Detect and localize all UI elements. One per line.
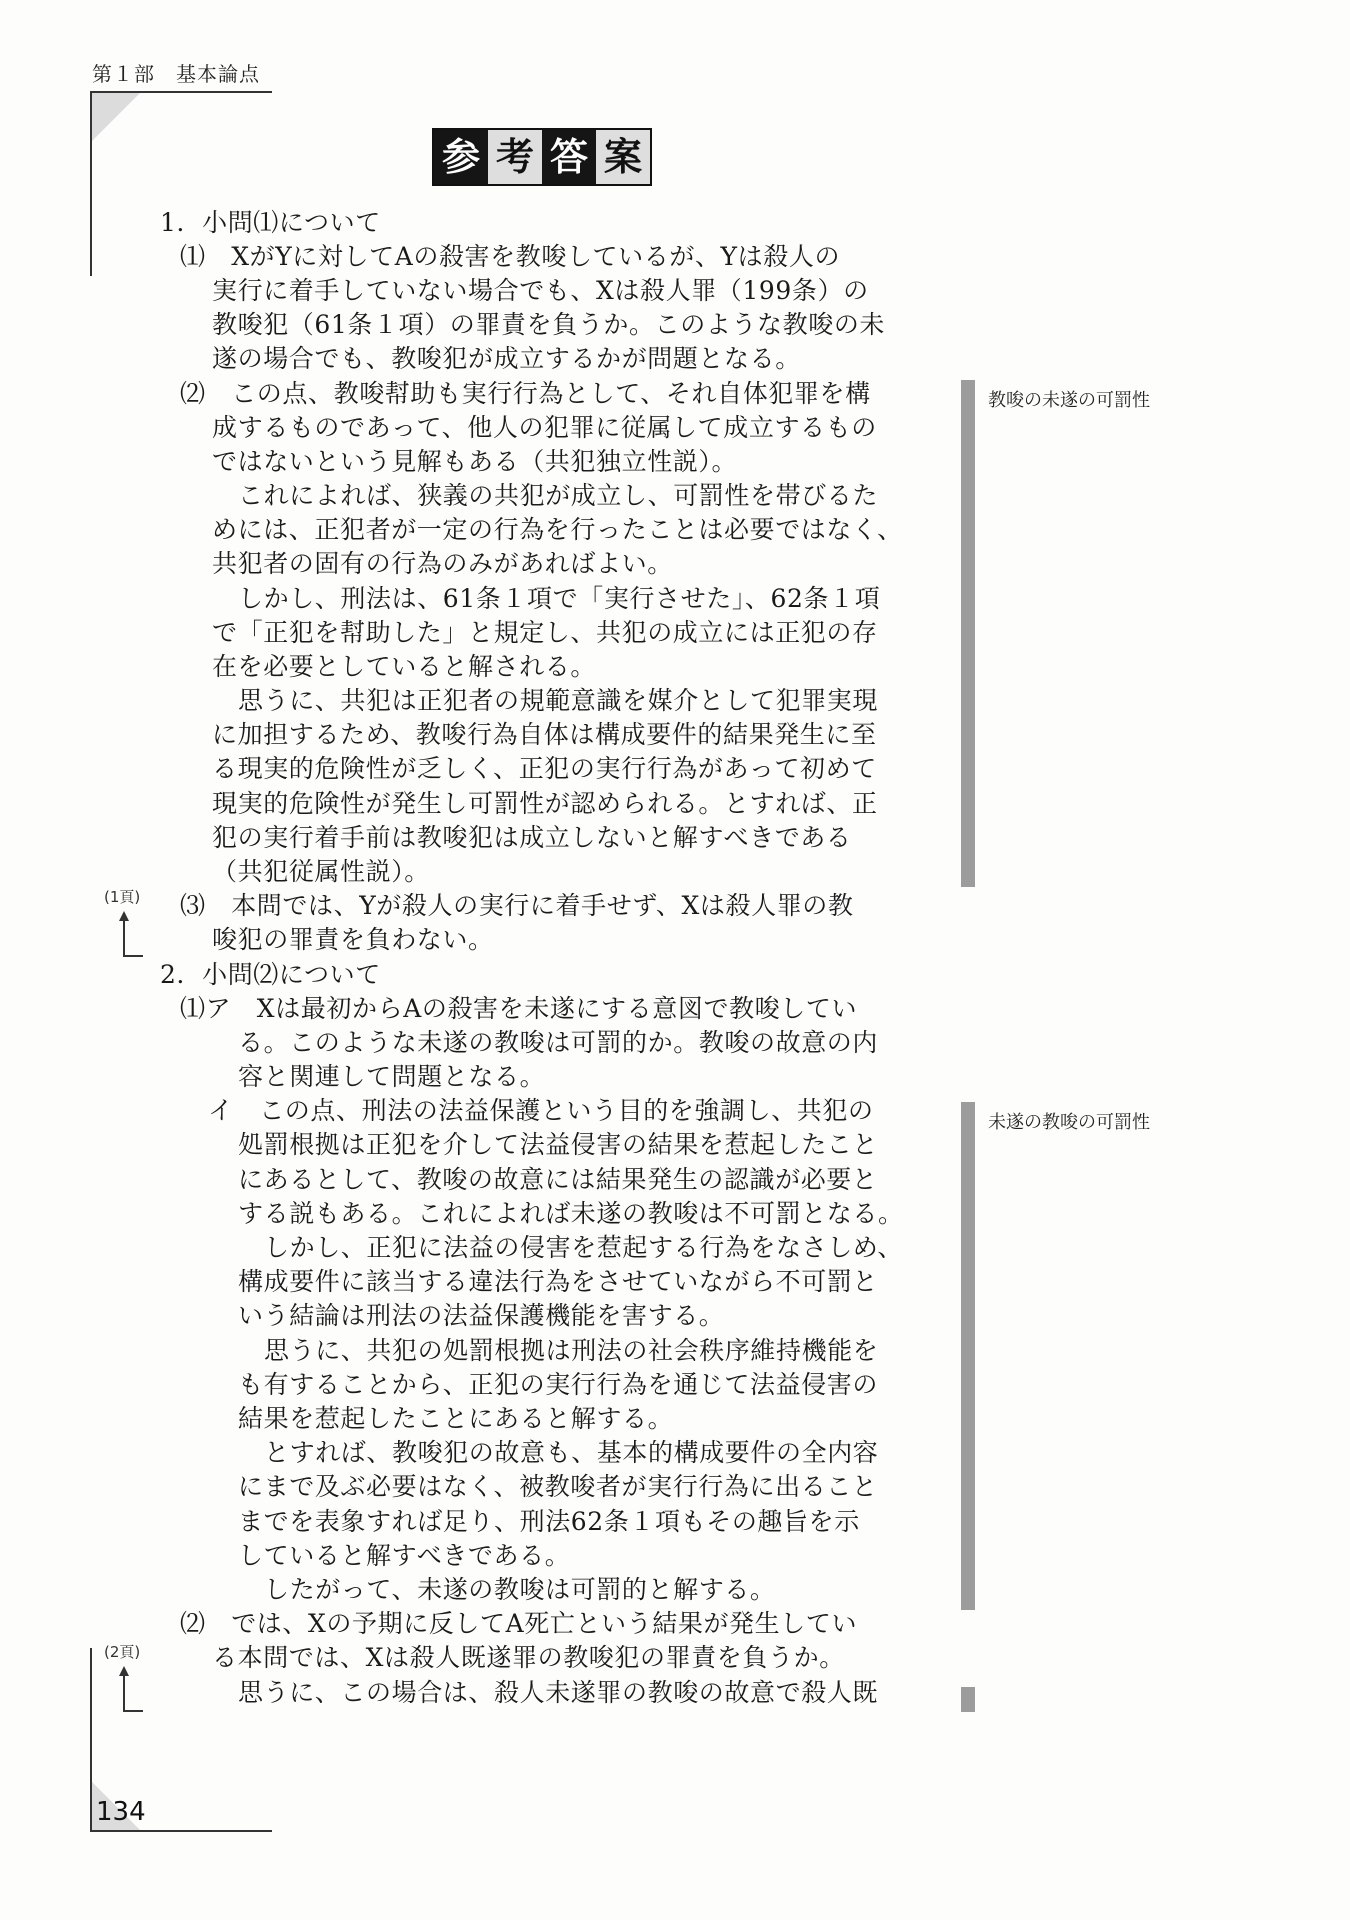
text-line: ⑴ XがYに対してAの殺害を教唆しているが、Yは殺人の xyxy=(180,240,840,274)
text-line: イ この点、刑法の法益保護という目的を強調し、共犯の xyxy=(208,1094,874,1128)
text-line: （共犯従属性説）。 xyxy=(212,855,430,889)
page-ref-foot xyxy=(123,955,143,957)
text-line: これによれば、狭義の共犯が成立し、可罰性を帯びるた xyxy=(238,479,878,513)
text-line: ⑶ 本問では、Yが殺人の実行に着手せず、Xは殺人罪の教 xyxy=(180,889,854,923)
text-line: しかし、正犯に法益の侵害を惹起する行為をなさしめ、 xyxy=(264,1231,903,1265)
text-line: 実行に着手していない場合でも、Xは殺人罪（199条）の xyxy=(212,274,869,308)
heading-1: 1．小問⑴について xyxy=(160,206,381,240)
text-line: する説もある。これによれば未遂の教唆は不可罰となる。 xyxy=(238,1197,904,1231)
margin-bar xyxy=(961,1687,975,1712)
text-line: ⑴ア Xは最初からAの殺害を未遂にする意図で教唆してい xyxy=(180,992,857,1026)
text-line: も有することから、正犯の実行行為を通じて法益侵害の xyxy=(238,1368,878,1402)
title-char: 考 xyxy=(488,130,542,184)
page-ref-arrow xyxy=(123,1674,125,1711)
margin-bar xyxy=(961,380,975,887)
text-line: ⑵ この点、教唆幇助も実行行為として、それ自体犯罪を構 xyxy=(180,377,871,411)
text-line: 共犯者の固有の行為のみがあればよい。 xyxy=(212,547,673,581)
text-line: 容と関連して問題となる。 xyxy=(238,1060,545,1094)
text-line: までを表象すれば足り、刑法62条１項もその趣旨を示 xyxy=(238,1505,860,1539)
text-line: 思うに、この場合は、殺人未遂罪の教唆の故意で殺人既 xyxy=(238,1676,878,1710)
text-line: 唆犯の罪責を負わない。 xyxy=(212,923,494,957)
title-box: 参 考 答 案 xyxy=(432,128,652,186)
page-ref-label: (2頁) xyxy=(104,1641,140,1662)
corner-triangle-top xyxy=(92,93,140,141)
text-line: る。このような未遂の教唆は可罰的か。教唆の故意の内 xyxy=(238,1026,878,1060)
text-line: 犯の実行着手前は教唆犯は成立しないと解すべきである xyxy=(212,821,852,855)
text-line: 成するものであって、他人の犯罪に従属して成立するもの xyxy=(212,411,877,445)
text-line: いう結論は刑法の法益保護機能を害する。 xyxy=(238,1299,724,1333)
text-line: 結果を惹起したことにあると解する。 xyxy=(238,1402,673,1436)
page-ref-label: (1頁) xyxy=(104,886,140,907)
title-char: 答 xyxy=(542,130,596,184)
text-line: ではないという見解もある（共犯独立性説）。 xyxy=(212,445,737,479)
text-line: 遂の場合でも、教唆犯が成立するかが問題となる。 xyxy=(212,342,801,376)
text-line: にまで及ぶ必要はなく、被教唆者が実行行為に出ること xyxy=(238,1470,878,1504)
text-line: めには、正犯者が一定の行為を行ったことは必要ではなく、 xyxy=(212,513,903,547)
text-line: ⑵ では、Xの予期に反してA死亡という結果が発生してい xyxy=(180,1607,857,1641)
title-char: 参 xyxy=(434,130,488,184)
text-line: していると解すべきである。 xyxy=(238,1539,570,1573)
text-line: る現実的危険性が乏しく、正犯の実行行為があって初めて xyxy=(212,752,877,786)
margin-note: 未遂の教唆の可罰性 xyxy=(988,1108,1150,1134)
text-line: 思うに、共犯の処罰根拠は刑法の社会秩序維持機能を xyxy=(264,1334,878,1368)
text-line: しかし、刑法は、61条１項で「実行させた」、62条１項 xyxy=(238,582,880,616)
page-ref-foot xyxy=(123,1710,143,1712)
text-line: で「正犯を幇助した」と規定し、共犯の成立には正犯の存 xyxy=(212,616,878,650)
text-line: にあるとして、教唆の故意には結果発生の認識が必要と xyxy=(238,1163,878,1197)
text-line: 構成要件に該当する違法行為をさせていながら不可罰と xyxy=(238,1265,878,1299)
footer-rule xyxy=(90,1830,272,1832)
page-number: 134 xyxy=(96,1797,146,1827)
running-header: 第１部 基本論点 xyxy=(92,58,260,87)
text-line: 教唆犯（61条１項）の罪責を負うか。このような教唆の未 xyxy=(212,308,885,342)
text-line: とすれば、教唆犯の故意も、基本的構成要件の全内容 xyxy=(264,1436,878,1470)
text-line: に加担するため、教唆行為自体は構成要件的結果発生に至 xyxy=(212,718,877,752)
text-line: 現実的危険性が発生し可罰性が認められる。とすれば、正 xyxy=(212,787,878,821)
text-line: したがって、未遂の教唆は可罰的と解する。 xyxy=(264,1573,776,1607)
text-line: 在を必要としていると解される。 xyxy=(212,650,596,684)
text-line: る本問では、Xは殺人既遂罪の教唆犯の罪責を負うか。 xyxy=(212,1641,845,1675)
margin-bar xyxy=(961,1102,975,1610)
margin-note: 教唆の未遂の可罰性 xyxy=(988,386,1150,412)
page-ref-arrow xyxy=(123,919,125,956)
heading-2: 2．小問⑵について xyxy=(160,958,381,992)
title-char: 案 xyxy=(596,130,650,184)
text-line: 処罰根拠は正犯を介して法益侵害の結果を惹起したこと xyxy=(238,1128,878,1162)
text-line: 思うに、共犯は正犯者の規範意識を媒介として犯罪実現 xyxy=(238,684,878,718)
